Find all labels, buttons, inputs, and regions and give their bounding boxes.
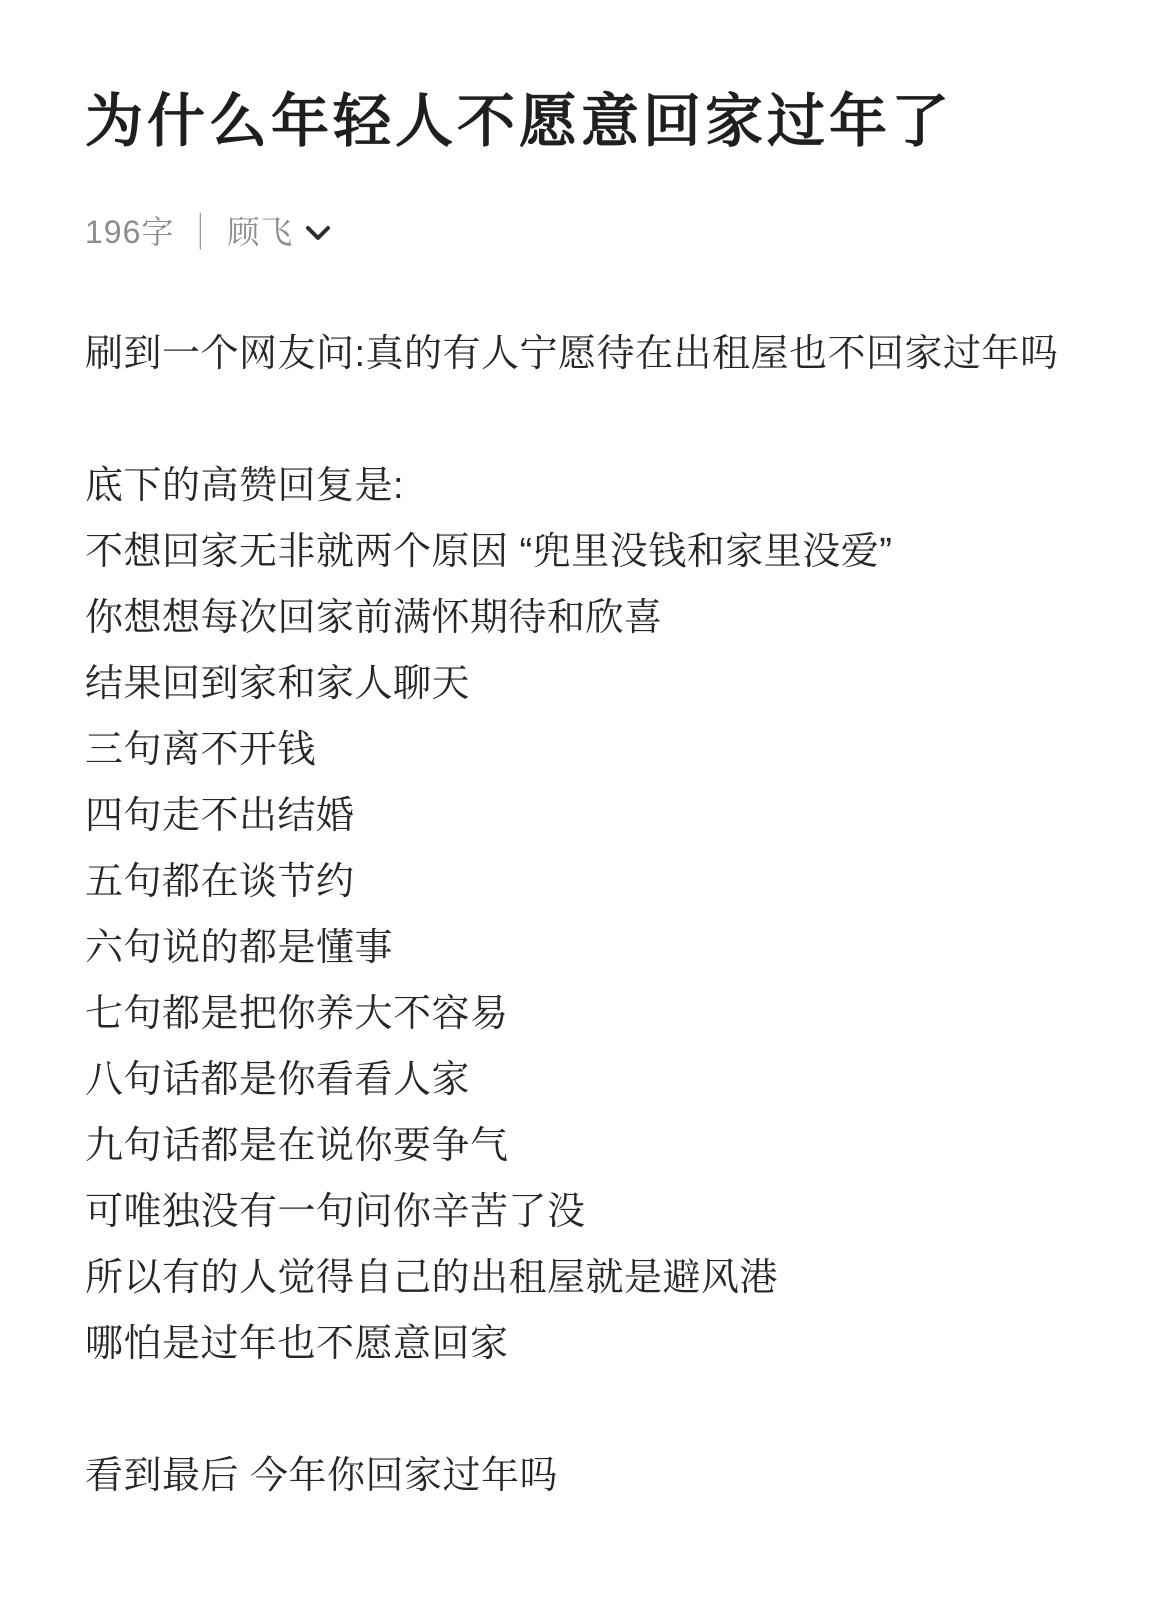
article-paragraph: 所以有的人觉得自己的出租屋就是避风港: [85, 1245, 1085, 1311]
author-dropdown[interactable]: 顾飞: [227, 207, 331, 253]
article-paragraph: 看到最后 今年你回家过年吗: [85, 1443, 1085, 1509]
article-paragraph: 可唯独没有一句问你辛苦了没: [85, 1179, 1085, 1245]
article-meta: 196字 ｜ 顾飞: [85, 207, 1085, 253]
article-paragraph: 不想回家无非就两个原因 “兜里没钱和家里没爱”: [85, 519, 1085, 585]
article-paragraph: 八句话都是你看看人家: [85, 1047, 1085, 1113]
article-paragraph: 刷到一个网友问:真的有人宁愿待在出租屋也不回家过年吗: [85, 321, 1085, 387]
article-paragraph: 底下的高赞回复是:: [85, 453, 1085, 519]
article-paragraph: 六句说的都是懂事: [85, 915, 1085, 981]
article-paragraph: 四句走不出结婚: [85, 783, 1085, 849]
article-paragraph: 七句都是把你养大不容易: [85, 981, 1085, 1047]
article-paragraph: 你想想每次回家前满怀期待和欣喜: [85, 585, 1085, 651]
author-name: 顾飞: [227, 207, 293, 253]
article-paragraph: 哪怕是过年也不愿意回家: [85, 1311, 1085, 1377]
article-paragraph: 五句都在谈节约: [85, 849, 1085, 915]
article-paragraph: 结果回到家和家人聊天: [85, 651, 1085, 717]
article-paragraph: [85, 1377, 1085, 1443]
word-count: 196字: [85, 207, 174, 253]
article-paragraph: 九句话都是在说你要争气: [85, 1113, 1085, 1179]
article-paragraph: [85, 387, 1085, 453]
article-body: 刷到一个网友问:真的有人宁愿待在出租屋也不回家过年吗 底下的高赞回复是:不想回家…: [85, 321, 1085, 1509]
chevron-down-icon[interactable]: [305, 225, 331, 242]
meta-separator: ｜: [184, 204, 217, 257]
article-paragraph: 三句离不开钱: [85, 717, 1085, 783]
page-title: 为什么年轻人不愿意回家过年了: [85, 0, 1085, 159]
